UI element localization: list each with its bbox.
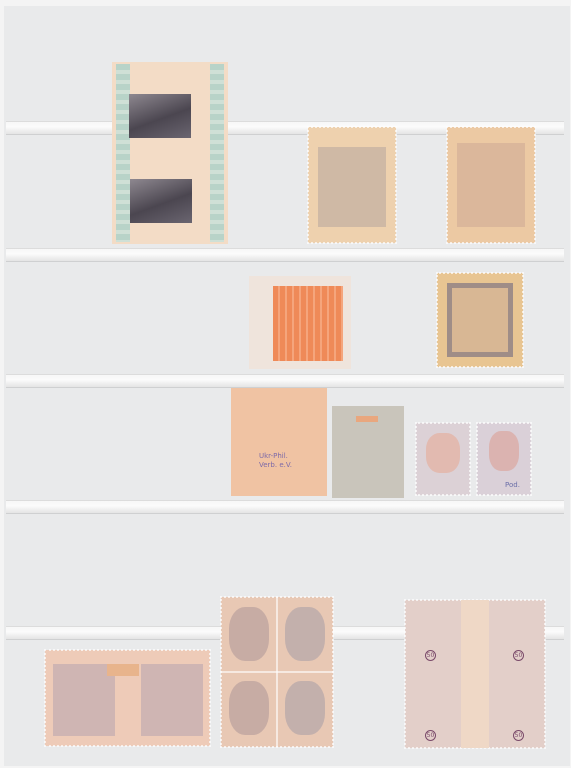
pencil-note: Pod.	[505, 481, 520, 490]
trident-icon	[447, 283, 513, 357]
control-mark: 50	[513, 730, 524, 741]
block-of-four	[221, 597, 333, 747]
gutter-block: 50 50 50 50	[405, 600, 545, 748]
strip-2	[6, 248, 564, 262]
strip-4	[6, 500, 564, 514]
small-stamp-1	[416, 423, 470, 495]
green-frame-right	[210, 64, 224, 242]
trident-overprint	[437, 273, 523, 367]
stamp-back-1	[308, 127, 396, 243]
small-stamp-2: Pod.	[477, 423, 531, 495]
control-mark: 50	[513, 650, 524, 661]
handwritten-note-line1: Ukr-Phil.	[259, 452, 288, 461]
green-frame-left	[116, 64, 130, 242]
horizontal-pair	[45, 650, 210, 746]
stamp-back-2	[447, 127, 535, 243]
control-mark: 50	[425, 730, 436, 741]
handwritten-note-line2: Verb. e.V.	[259, 461, 292, 470]
control-mark: 50	[425, 650, 436, 661]
strip-3	[6, 374, 564, 388]
tete-beche-pair	[112, 62, 228, 244]
landscape-vignette-top	[129, 94, 191, 138]
cover-piece: Ukr-Phil. Verb. e.V.	[231, 388, 327, 496]
landscape-vignette-bottom	[130, 179, 192, 223]
orange-design	[273, 286, 343, 361]
orange-imperf	[249, 276, 351, 369]
grey-piece	[332, 406, 404, 498]
